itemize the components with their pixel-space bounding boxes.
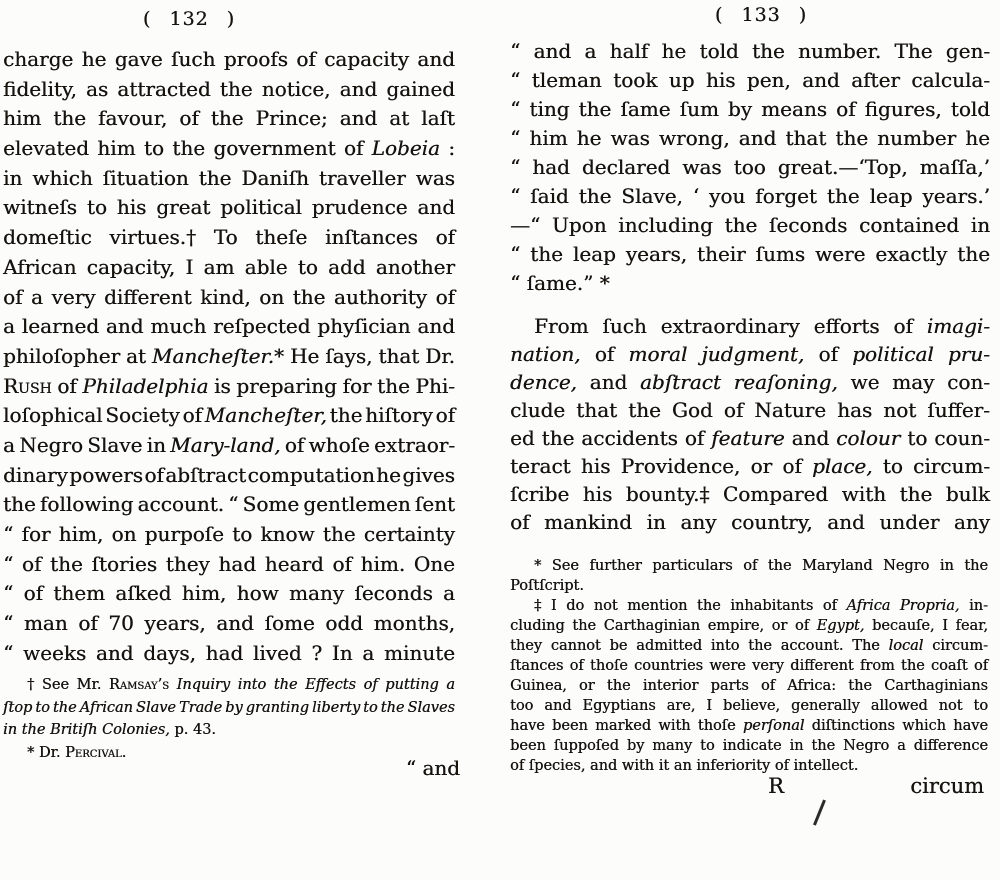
word: to (907, 424, 927, 452)
word: the (579, 95, 612, 124)
word: the (607, 676, 631, 696)
word: the (572, 616, 596, 636)
word: certainty (364, 520, 455, 550)
word: the (323, 520, 356, 550)
word: leap (573, 240, 616, 269)
word: which (32, 164, 92, 194)
text-line: inwhichſituationtheDaniſhtravellerwas (3, 164, 455, 194)
word: the (50, 550, 83, 580)
word: interior (643, 676, 699, 696)
word: clude (510, 396, 565, 424)
word: pru- (948, 340, 990, 368)
word: ‡ (534, 596, 541, 616)
word: in (789, 736, 803, 756)
word: into (238, 674, 267, 697)
page-number-left: ( 132 ) (58, 8, 320, 30)
word: of (893, 312, 912, 340)
word: of (823, 596, 837, 616)
word: years, (144, 609, 205, 639)
word: See (552, 556, 579, 576)
word: moral (628, 340, 687, 368)
text-segment: in the Britiſh Colonies, (3, 722, 170, 738)
word: Egypt, (817, 616, 865, 636)
word: of (3, 283, 22, 313)
word: loſophical (3, 401, 102, 431)
body-text-right-paragraph-2: Fromſuchextraordinaryeffortsofimagi-nati… (510, 312, 990, 536)
word: into (711, 636, 740, 656)
word: colour (836, 424, 900, 452)
word: heard (265, 550, 324, 580)
text-line: domeſticvirtues.†Totheſeinſtancesof (3, 223, 455, 253)
word: “ (228, 490, 238, 520)
word: man (24, 609, 68, 639)
word: he (82, 45, 107, 75)
word: of (743, 556, 757, 576)
word: Negro (843, 736, 889, 756)
word: to (87, 193, 107, 223)
word: Providence, (621, 452, 741, 480)
word: to (35, 697, 50, 720)
word: He (290, 342, 319, 372)
text-line: havebeenmarkedwiththoſeperſonaldiſtincti… (510, 716, 988, 736)
word: they (166, 550, 210, 580)
word: Ramsay’s (109, 674, 169, 697)
word: Maryland (802, 556, 873, 576)
word: gentlemen (303, 490, 410, 520)
word: to (883, 452, 903, 480)
word: allowed (871, 696, 928, 716)
word: ſeconds (354, 579, 432, 609)
catchword-right: circum (910, 774, 984, 798)
page-number-right: ( 133 ) (630, 4, 892, 26)
word: ſuppoſed (554, 736, 619, 756)
word: preparing (236, 372, 337, 402)
text-line: chargehegaveſuchproofsofcapacityand (3, 45, 455, 75)
word: and (340, 104, 378, 134)
word: empire, (708, 616, 764, 636)
word: Guinea, (510, 676, 567, 696)
text-line: Africancapacity,Iamabletoaddanother (3, 253, 455, 283)
word: In (332, 639, 353, 669)
word: are, (667, 696, 696, 716)
word: coun- (934, 424, 990, 452)
word: place, (812, 452, 873, 480)
word: number (877, 124, 956, 153)
word: the (53, 104, 86, 134)
word: laſt (421, 104, 455, 134)
word: I (551, 596, 557, 616)
word: Rush (3, 372, 52, 402)
text-line: himthefavour,ofthePrince;andatlaſt (3, 104, 455, 134)
word: abſtract (165, 461, 246, 491)
word: told (699, 37, 738, 66)
word: on (111, 520, 136, 550)
word: computation (248, 461, 375, 491)
word: add (328, 253, 366, 283)
word: am (203, 253, 234, 283)
word: a (897, 736, 906, 756)
word: admitted (636, 636, 702, 656)
word: another (376, 253, 455, 283)
word: the (752, 37, 785, 66)
text-segment: Percival. (60, 745, 126, 761)
word: Lobeia (372, 134, 440, 164)
word: charge (3, 45, 73, 75)
word: ſuch (171, 45, 215, 75)
word: the (172, 134, 205, 164)
word: be (610, 636, 628, 656)
text-line: in the Britiſh Colonies, p. 43. (3, 719, 455, 742)
word: his (583, 480, 613, 508)
word: that (378, 342, 419, 372)
page-left: ( 132 ) chargehegaveſuchproofsofcapacity… (0, 0, 500, 880)
word: —“ (510, 211, 540, 240)
word: diſtinctions (812, 716, 895, 736)
word: in (147, 431, 166, 461)
word: different (104, 283, 192, 313)
word: “ (3, 550, 13, 580)
word: him. (361, 550, 406, 580)
footnotes-left: †SeeMr.Ramsay’sInquiryintotheEffectsofpu… (3, 674, 455, 764)
word: or (750, 452, 772, 480)
word: dence, (510, 368, 577, 396)
word: dinary (3, 461, 68, 491)
word: bulk (946, 480, 990, 508)
word: of (782, 452, 801, 480)
word: cannot (551, 636, 601, 656)
word: his (581, 452, 611, 480)
text-line: Guinea,ortheinteriorpartsofAfrica:theCar… (510, 676, 988, 696)
word: ed (510, 424, 535, 452)
word: circum- (913, 452, 990, 480)
word: which (902, 716, 946, 736)
word: of (724, 396, 743, 424)
word: Mary-land, (170, 431, 280, 461)
word: “ (510, 153, 520, 182)
word: inſtances (325, 223, 418, 253)
word: and (590, 368, 628, 396)
word: from (860, 656, 895, 676)
word: notice, (262, 75, 331, 105)
word: not (883, 396, 916, 424)
catchword-left: “ and (406, 756, 460, 780)
word: generally (791, 696, 860, 716)
word: were (815, 240, 865, 269)
word: Slaves (407, 697, 454, 720)
word: great.—‘Top, (778, 153, 908, 182)
word: kind, (200, 283, 251, 313)
word: Nature (754, 396, 826, 424)
word: ſtop (3, 697, 32, 720)
word: he (965, 124, 990, 153)
word: aſked (115, 579, 171, 609)
word: and (802, 66, 840, 95)
word: up (669, 66, 695, 95)
word: contained (859, 211, 959, 240)
word: he (376, 461, 401, 491)
word: ſeconds (769, 211, 847, 240)
word: and (96, 639, 134, 669)
word: by (627, 736, 644, 756)
text-line: “andahalfhetoldthenumber.Thegen- (510, 37, 990, 66)
word: the (530, 240, 563, 269)
text-line: Poſtſcript. (510, 576, 988, 596)
text-line: —“Uponincludingtheſecondscontainedin (510, 211, 990, 240)
text-line: nation,ofmoraljudgment,ofpoliticalpru- (510, 340, 990, 368)
word: African (80, 697, 133, 720)
word: of (570, 656, 584, 676)
word: efforts (814, 312, 880, 340)
word: From (534, 312, 588, 340)
word: political (852, 340, 934, 368)
word: to (144, 134, 164, 164)
word: exactly (875, 240, 947, 269)
text-line: “weeksanddays,hadlived?Inaminute (3, 639, 455, 669)
word: you (709, 182, 745, 211)
word: imagi- (927, 312, 990, 340)
word: ſtories (91, 550, 157, 580)
word: and (340, 75, 378, 105)
word: the (957, 240, 990, 269)
word: of (57, 372, 76, 402)
word: the (381, 697, 405, 720)
word: much (150, 312, 206, 342)
word: a (443, 579, 455, 609)
word: by (728, 95, 752, 124)
word: difference (914, 736, 988, 756)
word: the (697, 596, 721, 616)
word: Mancheſter.* (152, 342, 284, 372)
footnotes-right: *SeefurtherparticularsoftheMarylandNegro… (510, 556, 988, 776)
word: Negro (883, 556, 929, 576)
word: indicate (722, 736, 781, 756)
word: Negro (19, 431, 83, 461)
word: in (940, 556, 954, 576)
word: the (199, 164, 232, 194)
signature-mark: R (768, 774, 784, 798)
word: the (579, 182, 612, 211)
text-line: *SeefurtherparticularsoftheMarylandNegro… (510, 556, 988, 576)
word: him, (59, 520, 104, 550)
text-line: ‡IdonotmentiontheinhabitantsofAfricaProp… (510, 596, 988, 616)
word: following (40, 490, 133, 520)
word: him (97, 134, 135, 164)
word: I (185, 253, 193, 283)
word: con- (947, 368, 990, 396)
word: many (652, 736, 692, 756)
word: too (734, 153, 766, 182)
word: domeſtic (3, 223, 92, 253)
word: of (183, 401, 202, 431)
word: of (436, 223, 455, 253)
text-line: beenſuppoſedbymanytoindicateintheNegroad… (510, 736, 988, 756)
word: the (330, 401, 363, 431)
word: was (610, 124, 649, 153)
word: very (51, 283, 95, 313)
word: has (837, 396, 872, 424)
word: African (3, 253, 76, 283)
word: how (237, 579, 279, 609)
word: have (953, 716, 988, 736)
word: a (31, 283, 43, 313)
text-line: “forhim,onpurpoſetoknowthecertainty (3, 520, 455, 550)
word: of (795, 616, 809, 636)
word: becauſe, (872, 616, 935, 636)
word: coaſt (931, 656, 968, 676)
word: or (579, 676, 595, 696)
word: authority (334, 283, 427, 313)
word: at (126, 342, 146, 372)
word: the (827, 182, 860, 211)
word: by (225, 697, 242, 720)
word: and (106, 312, 144, 342)
word: putting (385, 674, 439, 697)
text-line: alearnedandmuchreſpectedphyſicianand (3, 312, 455, 342)
word: nation, (510, 340, 581, 368)
word: pen, (747, 66, 791, 95)
word: circum- (932, 636, 988, 656)
word: very (752, 656, 784, 676)
word: the (293, 283, 326, 313)
word: To (214, 223, 238, 253)
text-line: cludingtheCarthaginianempire,orofEgypt,b… (510, 616, 988, 636)
word: ſcribe (510, 480, 569, 508)
word: in (971, 211, 990, 240)
word: number. (798, 37, 881, 66)
text-line: “tingtheſameſumbymeansoffigures,told (510, 95, 990, 124)
word: with (842, 480, 886, 508)
word: he (661, 37, 686, 66)
word: Phi- (415, 372, 455, 402)
word: countries (634, 656, 703, 676)
word: the (811, 736, 835, 756)
word: “ (510, 124, 520, 153)
body-text-right-paragraph-1: “andahalfhetoldthenumber.Thegen-“tlemant… (510, 37, 990, 298)
word: to (232, 520, 252, 550)
text-segment: Poſtſcript. (510, 578, 584, 594)
word: cluding (510, 616, 565, 636)
word: of (296, 45, 315, 75)
word: able (245, 253, 288, 283)
word: ‘ (693, 182, 699, 211)
word: Daniſh (241, 164, 309, 194)
word: and (739, 124, 777, 153)
word: of (24, 579, 43, 609)
word: purpoſe (145, 520, 224, 550)
word: “ (510, 95, 520, 124)
word: God (672, 396, 713, 424)
word: with (658, 716, 690, 736)
word: him (3, 104, 41, 134)
word: attracted (117, 75, 210, 105)
word: One (414, 550, 455, 580)
text-segment: * Dr. (27, 745, 60, 761)
word: and (216, 609, 254, 639)
word: capacity (324, 45, 409, 75)
word: judgment, (701, 340, 804, 368)
word: years, (626, 240, 687, 269)
word: leap (869, 182, 912, 211)
word: Slave (87, 431, 142, 461)
word: Mr. (77, 674, 102, 697)
word: Society (105, 401, 180, 431)
text-line: theycannotbeadmittedintotheaccount.Thelo… (510, 636, 988, 656)
page-right: ( 133 ) “andahalfhetoldthenumber.Thegen-… (500, 0, 1000, 880)
word: “ (510, 182, 520, 211)
word: of (363, 674, 377, 697)
text-line: Fromſuchextraordinaryeffortsofimagi- (510, 312, 990, 340)
word: believe, (723, 696, 780, 716)
word: accidents (581, 424, 678, 452)
text-line: cludethattheGodofNaturehasnotſuffer- (510, 396, 990, 424)
word: Egyptians (582, 696, 655, 716)
word: any (954, 508, 990, 536)
word: witneſs (3, 193, 77, 223)
word: or (772, 616, 788, 636)
word: the (211, 104, 244, 134)
word: prudence (312, 193, 408, 223)
word: “ (510, 37, 520, 66)
word: the (274, 674, 298, 697)
word: months, (374, 609, 455, 639)
text-line: “oftheſtoriestheyhadheardofhim.One (3, 550, 455, 580)
word: the (835, 124, 868, 153)
word: parts (711, 676, 749, 696)
word: country, (731, 508, 813, 536)
word: liberty (312, 697, 360, 720)
word: proofs (224, 45, 288, 75)
word: of (761, 676, 775, 696)
word: ſent (415, 490, 455, 520)
word: and (417, 45, 455, 75)
word: of (22, 550, 41, 580)
word: the (848, 676, 872, 696)
text-line: “tlemantookuphispen,andaftercalcula- (510, 66, 990, 95)
word: of (179, 104, 198, 134)
word: a (3, 312, 15, 342)
word: them (53, 579, 105, 609)
word: teract (510, 452, 571, 480)
text-line: loſophicalSocietyofMancheſter,thehiſtory… (3, 401, 455, 431)
word: of (285, 431, 304, 461)
word: of (344, 134, 363, 164)
word: told (951, 95, 990, 124)
word: ſum (680, 95, 719, 124)
word: ſays, (325, 342, 372, 372)
word: the (628, 396, 661, 424)
word: virtues.† (109, 223, 196, 253)
word: abſtract (640, 368, 721, 396)
text-line: ofmankindinanycountry,andunderany (510, 508, 990, 536)
word: * (534, 556, 541, 576)
word: had (218, 550, 256, 580)
word: phyſician (317, 312, 410, 342)
word: a (584, 37, 596, 66)
word: Africa: (787, 676, 836, 696)
word: the (901, 656, 925, 676)
word: traveller (319, 164, 406, 194)
word: gen- (946, 37, 990, 66)
text-line: elevatedhimtothegovernmentofLobeia: (3, 134, 455, 164)
word: Some (243, 490, 300, 520)
word: Carthaginian (604, 616, 700, 636)
word: Inquiry (177, 674, 230, 697)
word: under (879, 508, 939, 536)
word: Compared (723, 480, 828, 508)
text-segment: of ſpecies, and with it an inferiority o… (510, 758, 858, 774)
word: Upon (552, 211, 607, 240)
word: elevated (3, 134, 89, 164)
